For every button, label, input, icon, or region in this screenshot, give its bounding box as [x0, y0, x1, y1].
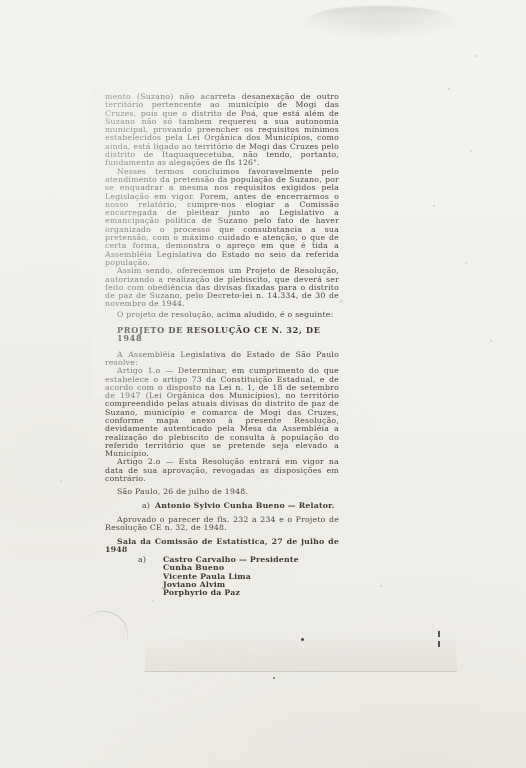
ink-dash	[438, 641, 440, 647]
document-text: mento (Suzano) não acarreta desanexação …	[105, 93, 339, 598]
article-2-clause: Artigo 2.o — Esta Resolução entrará em v…	[105, 458, 339, 483]
paragraph-project-intro: O projeto de resolução, acima aludido, é…	[105, 311, 339, 319]
paragraph-project-offer: Assim sendo, oferecemos um Projeto de Re…	[105, 267, 339, 308]
signature-name: Porphyrio da Paz	[163, 589, 240, 597]
ink-speck	[301, 638, 304, 641]
dateline: São Paulo, 26 de julho de 1948.	[105, 488, 339, 496]
relator-prefix: a)	[142, 502, 155, 510]
smudge-stain	[305, 6, 455, 42]
paper-speckles	[0, 0, 2, 2]
scanned-page: mento (Suzano) não acarreta desanexação …	[0, 0, 526, 768]
signature-prefix: a)	[138, 556, 163, 564]
article-1-clause: Artigo 1.o — Determinar, em cumprimento …	[105, 367, 339, 458]
signature-block: a)Castro Carvalho — Presidente Cunha Bue…	[138, 556, 339, 597]
committee-dateline: Sala da Comissão de Estatística, 27 de j…	[105, 538, 339, 555]
approval-note: Aprovado o parecer de fls. 232 a 234 e o…	[105, 516, 339, 533]
paragraph-conclusion: Nesses termos concluimos favoravelmente …	[105, 168, 339, 268]
relator-name: Antonio Sylvio Cunha Bueno — Relator.	[155, 501, 335, 510]
resolve-clause: A Assembléia Legislativa do Estado de Sã…	[105, 351, 339, 368]
signature-row: Porphyrio da Paz	[138, 589, 339, 597]
hairline-curve-mark	[71, 602, 137, 667]
signature-prefix	[138, 564, 163, 572]
relator-signature: a)Antonio Sylvio Cunha Bueno — Relator.	[142, 502, 339, 510]
paragraph-report-continuation: mento (Suzano) não acarreta desanexação …	[105, 93, 339, 168]
ink-speck	[273, 677, 275, 679]
signature-prefix	[138, 581, 163, 589]
resolution-heading: PROJETO DE RESOLUÇÃO CE N. 32, DE 1948	[117, 326, 339, 343]
ink-dash	[438, 631, 440, 637]
scan-shadow-band	[145, 636, 457, 672]
signature-prefix	[138, 589, 163, 597]
signature-prefix	[138, 573, 163, 581]
